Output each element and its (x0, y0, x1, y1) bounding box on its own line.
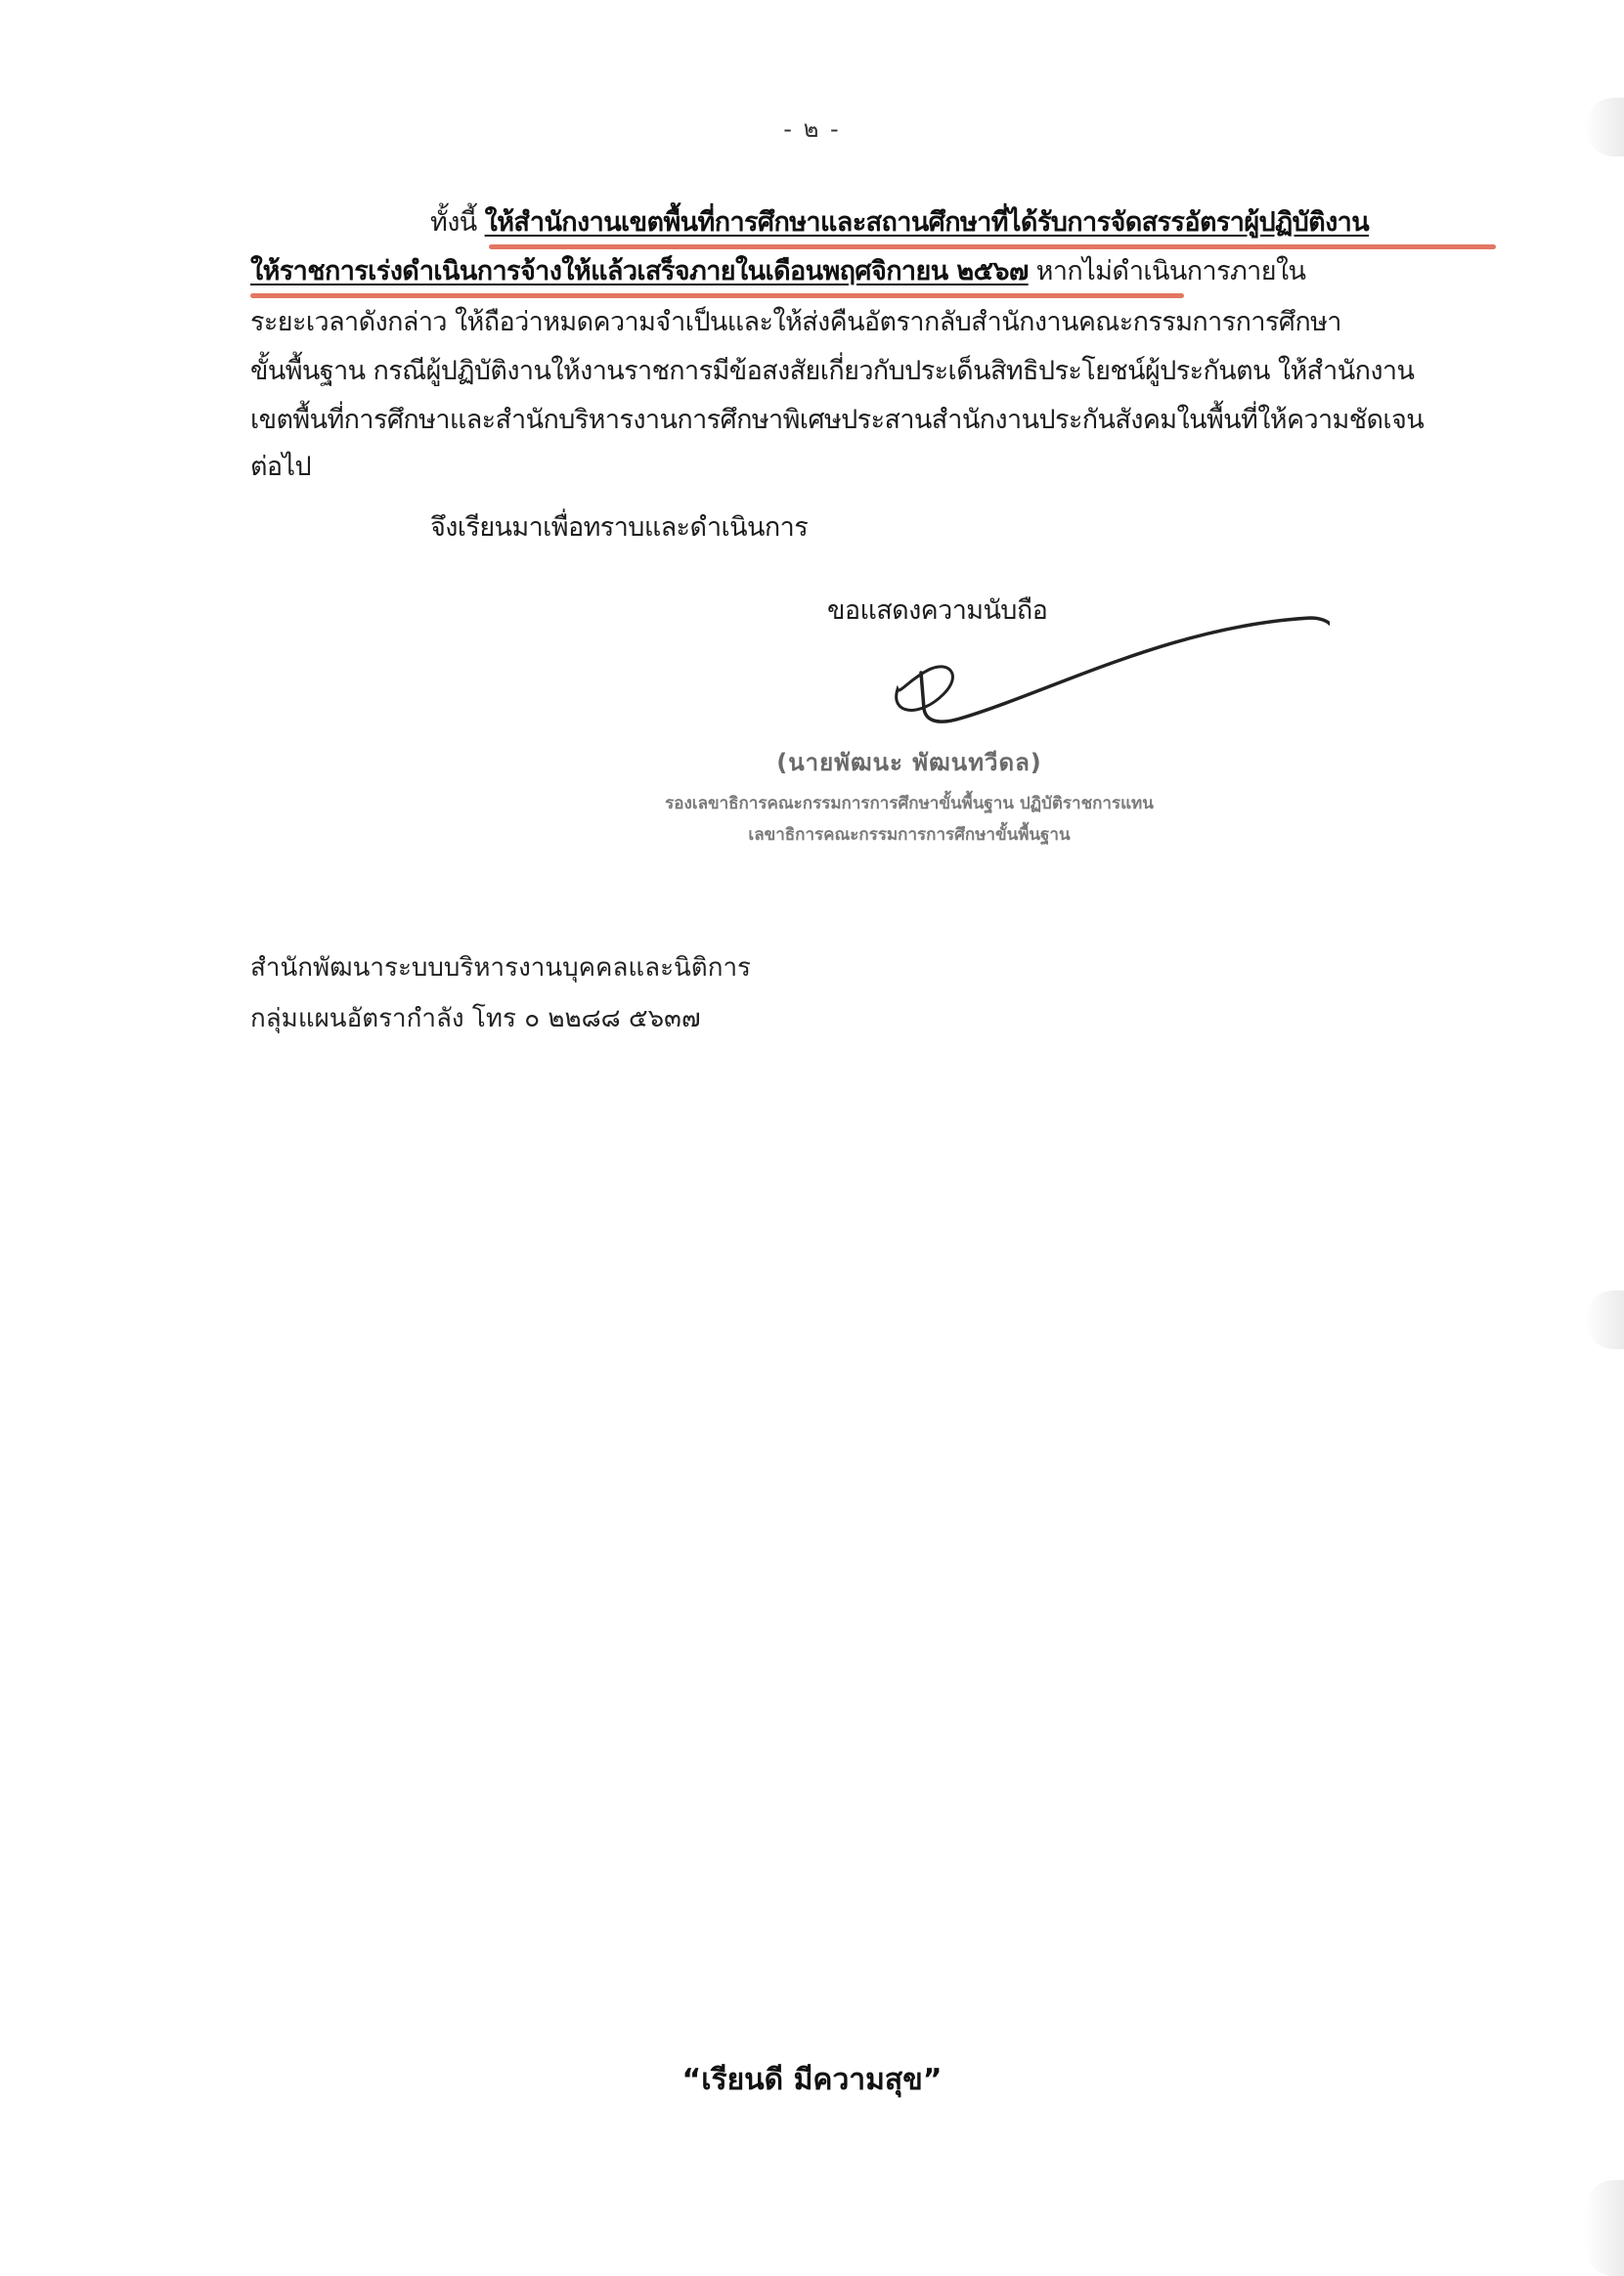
paragraph-line-6: ต่อไป (250, 448, 311, 487)
signatory-title-line-1: รองเลขาธิการคณะกรรมการการศึกษาขั้นพื้นฐา… (636, 790, 1183, 816)
scan-edge-shadow (1585, 1291, 1624, 1349)
group-phone: กลุ่มแผนอัตรากำลัง โทร ๐ ๒๒๘๘ ๕๖๓๗ (250, 999, 701, 1038)
paragraph-line-5: เขตพื้นที่การศึกษาและสำนักบริหารงานการศึ… (250, 401, 1424, 440)
paragraph-line-1: ทั้งนี้ ให้สำนักงานเขตพื้นที่การศึกษาและ… (430, 203, 1369, 242)
handwritten-signature (880, 596, 1330, 733)
page-number: - ๒ - (0, 109, 1624, 148)
paragraph-lead: ทั้งนี้ (430, 207, 485, 238)
highlighted-text: ให้สำนักงานเขตพื้นที่การศึกษาและสถานศึกษ… (485, 207, 1369, 238)
highlighted-text: ให้ราชการเร่งดำเนินการจ้างให้แล้วเสร็จภา… (250, 256, 1029, 286)
signatory-name: (นายพัฒนะ พัฒนทวีดล) (636, 743, 1183, 781)
slogan: “เรียนดี มีความสุข” (0, 2057, 1624, 2103)
paragraph-line-4: ขั้นพื้นฐาน กรณีผู้ปฏิบัติงานให้งานราชกา… (250, 352, 1414, 391)
paragraph-line-2: ให้ราชการเร่งดำเนินการจ้างให้แล้วเสร็จภา… (250, 252, 1305, 291)
paragraph-line-3: ระยะเวลาดังกล่าว ให้ถือว่าหมดความจำเป็นแ… (250, 303, 1341, 342)
paragraph-text: หากไม่ดำเนินการภายใน (1029, 256, 1306, 286)
document-page: - ๒ - ทั้งนี้ ให้สำนักงานเขตพื้นที่การศึ… (0, 0, 1624, 2276)
closing-request: จึงเรียนมาเพื่อทราบและดำเนินการ (430, 508, 808, 547)
red-highlight-underline (250, 293, 1184, 298)
scan-edge-shadow (1585, 2180, 1624, 2276)
office-name: สำนักพัฒนาระบบบริหารงานบุคคลและนิติการ (250, 948, 751, 987)
red-highlight-underline (489, 244, 1496, 249)
signatory-title-line-2: เลขาธิการคณะกรรมการการศึกษาขั้นพื้นฐาน (636, 821, 1183, 848)
